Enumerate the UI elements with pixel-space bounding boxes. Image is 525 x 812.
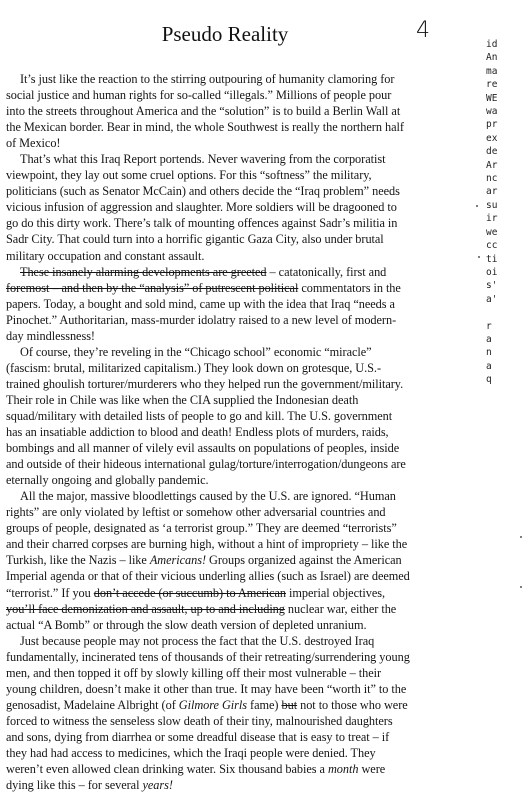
scan-speck: [478, 256, 480, 258]
text-run: were: [358, 762, 385, 776]
text-line: groups of people, designated as ‘a terro…: [6, 520, 468, 536]
text-line: Imperial agenda or that of their vicious…: [6, 568, 468, 584]
text-line: men, and then topped it off by slowly ki…: [6, 665, 468, 681]
text-line: of Mexico!: [6, 135, 468, 151]
text-line: has an insatiable addiction to blood and…: [6, 424, 468, 440]
text-line: It’s just like the reaction to the stirr…: [6, 71, 468, 87]
handwritten-page-number: 4: [416, 18, 430, 43]
paragraph-5: All the major, massive bloodlettings cau…: [6, 488, 468, 632]
italic-text: month: [328, 762, 359, 776]
text-line: Turkish, like the Nazis – like Americans…: [6, 552, 468, 568]
text-line: and their charred corpses are burning hi…: [6, 536, 468, 552]
text-line: military occupation and constant assault…: [6, 248, 468, 264]
text-line: Their role in Chile was like when the CI…: [6, 392, 468, 408]
strikethrough-text: don’t accede (or succumb) to American: [94, 586, 286, 600]
text-line: eternally ongoing and globally pandemic.: [6, 472, 468, 488]
text-line: politicians (such as Senator McCain) and…: [6, 183, 468, 199]
paragraph-3: These insanely alarming developments are…: [6, 264, 468, 344]
text-line: (fascism: brutal, militarized capitalism…: [6, 360, 468, 376]
document-body: It’s just like the reaction to the stirr…: [6, 71, 468, 793]
text-run: – catatonically, first and: [267, 265, 387, 279]
text-line: young children, doesn’t make it other th…: [6, 681, 468, 697]
text-line: dying like this – for several years!: [6, 777, 468, 793]
margin-bleed-text: id An ma re WE wa pr ex de Ar nc ar su i…: [486, 38, 525, 387]
strikethrough-text: foremost – and then by the “analysis” of…: [6, 281, 298, 295]
text-line: papers. Today, a bought and sold mind, c…: [6, 296, 468, 312]
scan-speck: [520, 586, 522, 588]
text-line: Sadr City. That could turn into a horrif…: [6, 231, 468, 247]
italic-text: Americans!: [150, 553, 206, 567]
text-line: social justice and human rights for so-c…: [6, 87, 468, 103]
text-run: nuclear war, either the: [285, 602, 396, 616]
text-line: All the major, massive bloodlettings cau…: [6, 488, 468, 504]
paragraph-2: That’s what this Iraq Report portends. N…: [6, 151, 468, 263]
text-run: “terrorist.” If you: [6, 586, 94, 600]
text-line: Pinochet.” Authoritarian, mass-murder id…: [6, 312, 468, 328]
text-line: fundamentally, incinerated tens of thous…: [6, 649, 468, 665]
text-line: These insanely alarming developments are…: [6, 264, 468, 280]
text-run: weren’t even allowed clean drinking wate…: [6, 762, 328, 776]
scan-speck: [476, 205, 478, 207]
text-run: commentators in the: [298, 281, 400, 295]
text-line: bombings and all manner of vilely evil a…: [6, 440, 468, 456]
text-line: foremost – and then by the “analysis” of…: [6, 280, 468, 296]
text-line: go do this dirty work. There’s talk of m…: [6, 215, 468, 231]
text-line: Of course, they’re reveling in the “Chic…: [6, 344, 468, 360]
text-line: forced to witness the senseless slow dea…: [6, 713, 468, 729]
text-line: they had had access to medicines, which …: [6, 745, 468, 761]
text-line: actual “A Bomb” or through the slow deat…: [6, 617, 468, 633]
strikethrough-text: These insanely alarming developments are…: [20, 265, 267, 279]
text-line: squad/military with detailed lists of pe…: [6, 408, 468, 424]
text-line: you’ll face demonization and assault, up…: [6, 601, 468, 617]
text-line: genosadist, Madelaine Albright (of Gilmo…: [6, 697, 468, 713]
text-line: and sons, dying from diarrhea or some dr…: [6, 729, 468, 745]
text-line: into the streets throughout America and …: [6, 103, 468, 119]
text-line: rights” are only violated by leftist or …: [6, 504, 468, 520]
text-line: Just because people may not process the …: [6, 633, 468, 649]
text-line: day mindlessness!: [6, 328, 468, 344]
text-run: Groups organized against the American: [206, 553, 402, 567]
text-run: fame): [247, 698, 281, 712]
strikethrough-text: you’ll face demonization and assault, up…: [6, 602, 285, 616]
text-run: genosadist, Madelaine Albright (of: [6, 698, 179, 712]
italic-text: Gilmore Girls: [179, 698, 247, 712]
text-run: imperial objectives,: [286, 586, 385, 600]
paragraph-4: Of course, they’re reveling in the “Chic…: [6, 344, 468, 488]
page-title: Pseudo Reality: [0, 22, 450, 47]
text-line: viewpoint, they lay out some cruel optio…: [6, 167, 468, 183]
text-line: and outside of their hideous internation…: [6, 456, 468, 472]
text-line: “terrorist.” If you don’t accede (or suc…: [6, 585, 468, 601]
text-line: the Mexican border. Bear in mind, the wh…: [6, 119, 468, 135]
text-line: vicious infusion of aggression and slaug…: [6, 199, 468, 215]
paragraph-1: It’s just like the reaction to the stirr…: [6, 71, 468, 151]
text-run: dying like this – for several: [6, 778, 142, 792]
text-line: weren’t even allowed clean drinking wate…: [6, 761, 468, 777]
text-run: Turkish, like the Nazis – like: [6, 553, 150, 567]
italic-text: years!: [142, 778, 172, 792]
text-line: That’s what this Iraq Report portends. N…: [6, 151, 468, 167]
document-page: Pseudo Reality 4 It’s just like the reac…: [0, 0, 470, 812]
paragraph-6: Just because people may not process the …: [6, 633, 468, 793]
text-line: trained ghoulish torturer/murderers who …: [6, 376, 468, 392]
strikethrough-text: but: [282, 698, 298, 712]
text-run: not to those who were: [297, 698, 408, 712]
scan-speck: [520, 536, 522, 538]
